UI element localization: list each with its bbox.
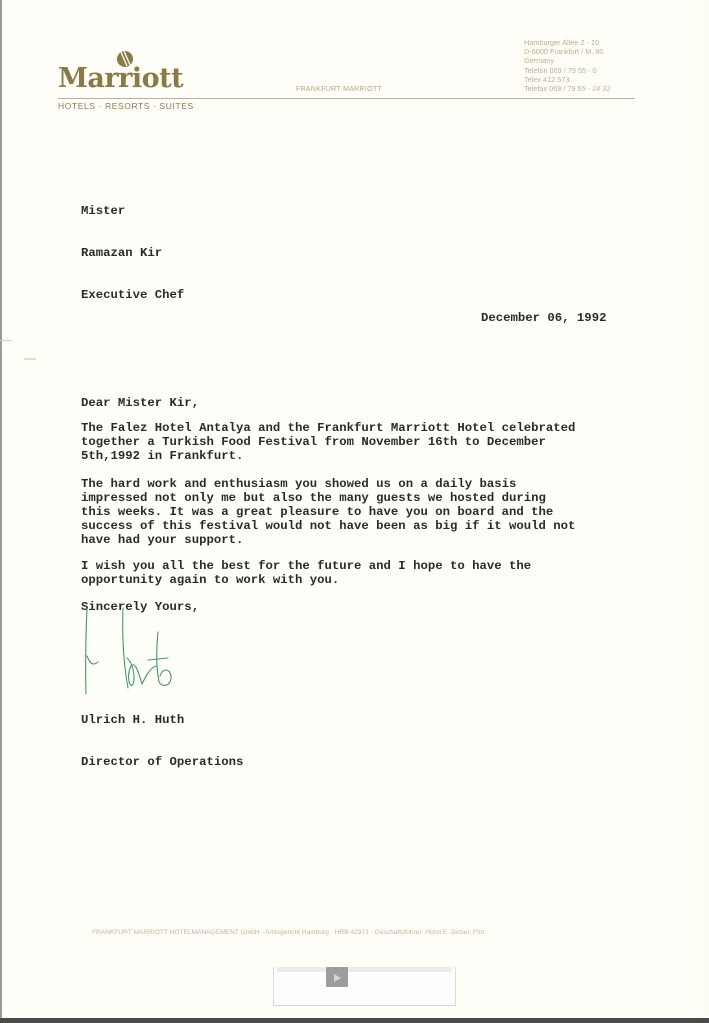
signatory-block: Ulrich H. Huth Director of Operations — [81, 685, 243, 783]
brand-wordmark: Marriott — [58, 64, 183, 94]
body-paragraph: The hard work and enthusiasm you showed … — [81, 477, 624, 547]
margin-mark — [24, 358, 36, 360]
address-block: Hamburger Allee 2 - 10 D-6000 Frankfurt … — [524, 38, 610, 93]
body-paragraph: The Falez Hotel Antalya and the Frankfur… — [81, 421, 624, 463]
media-widget-bar — [277, 967, 452, 972]
address-line: Telefax 069 / 79 55 - 24 32 — [524, 84, 610, 93]
recipient-block: Mister Ramazan Kir Executive Chef — [81, 176, 184, 316]
address-line: Germany — [524, 56, 610, 65]
hotel-name: FRANKFURT MARRIOTT — [296, 86, 382, 93]
signatory-title: Director of Operations — [81, 755, 243, 769]
header-rule — [58, 98, 635, 99]
address-line: Hamburger Allee 2 - 10 — [524, 38, 610, 47]
letter-date: December 06, 1992 — [481, 311, 606, 325]
recipient-line: Executive Chef — [81, 288, 184, 302]
signatory-name: Ulrich H. Huth — [81, 713, 243, 727]
recipient-line: Ramazan Kir — [81, 246, 184, 260]
salutation: Dear Mister Kir, — [81, 396, 199, 410]
address-line: Telex 412 573 — [524, 75, 610, 84]
footer-legal-text: FRANKFURT MARRIOTT HOTELMANAGEMENT GmbH … — [92, 929, 486, 936]
recipient-line: Mister — [81, 204, 184, 218]
video-play-icon[interactable] — [326, 967, 348, 987]
brand-tagline: HOTELS · RESORTS · SUITES — [58, 101, 194, 111]
media-widget[interactable] — [273, 967, 456, 1006]
address-line: Telefon 069 / 79 55 - 0 — [524, 66, 610, 75]
page-right-edge — [687, 0, 709, 1023]
scan-bottom-edge — [0, 1018, 709, 1023]
page-left-edge — [0, 0, 2, 1023]
address-line: D-6000 Frankfurt / M. 90 — [524, 47, 610, 56]
body-paragraph: I wish you all the best for the future a… — [81, 559, 624, 587]
margin-mark — [0, 340, 12, 341]
handwritten-signature — [76, 606, 186, 696]
